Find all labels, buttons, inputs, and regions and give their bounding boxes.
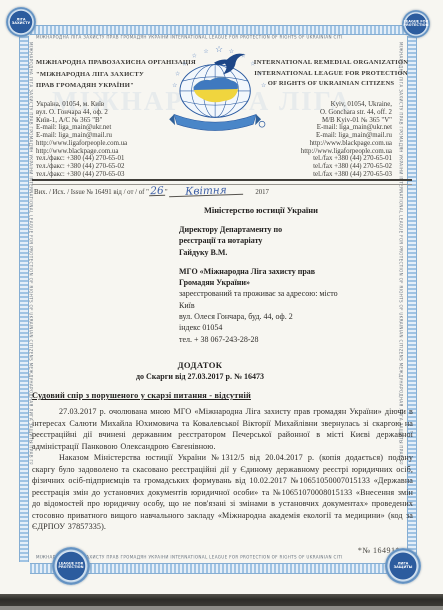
annex-subtitle: до Скарги від 27.03.2017 р. № 16473 [40,372,360,381]
recipient-ministry: Міністерство юстиції України [204,206,318,215]
reference-label: Вих. / Исх. / Issue № 16491 від / от / o… [34,189,149,196]
address-line: E-mail: liga_main@ukr.net [36,124,127,132]
addressee-line: реєстрації та нотаріату [179,235,415,246]
annex-title: ДОДАТОК [40,360,360,370]
address-line: http://www.blackpage.com.ua [36,148,127,156]
sender-org-line: Громадян України» [179,277,415,288]
address-line: http://www.ligaforpeople.com.ua [240,148,392,156]
sender-org-line: МГО «Міжнародна Ліга захисту прав [179,266,415,277]
seal-label: ЛИГА ЗАЩИТЫ [390,563,415,570]
sender-phone-line: тел. + 38 067-243-28-28 [179,334,415,345]
org-en-line: INTERNATIONAL LEAGUE FOR PROTECTION [250,69,412,80]
svg-text:☆: ☆ [229,48,234,55]
address-line: tel./fax +380 (44) 270-65-01 [240,155,392,163]
address-line: тел./факс: +380 (44) 270-65-01 [36,155,127,163]
sender-address-line: індекс 01054 [179,322,415,333]
org-name-english: INTERNATIONAL REMEDIAL ORGANIZATION INTE… [250,58,412,90]
address-line: тел./факс: +380 (44) 270-65-03 [36,171,127,179]
address-line: E-mail: liga_main@mail.ru [36,132,127,140]
address-line: tel./fax +380 (44) 270-65-03 [240,171,392,179]
seal-label: LEAGUE FOR PROTECTION [58,563,85,570]
address-line: E-mail: liga_main@mail.ru [240,132,392,140]
scanned-letter-photo: МІЖНАРОДНА ЛІГА ЗАХИСТУ ПРАВ ГРОМАДЯН УК… [0,0,443,610]
address-line: вул. О. Гончара 44, оф. 2 [36,109,127,117]
addressee-block: Директору Департаменту по реєстрації та … [179,224,415,345]
address-line: Київ-1, А/С № 365 "В" [36,117,127,125]
photo-edge-shadow [0,606,443,610]
org-en-line: INTERNATIONAL REMEDIAL ORGANIZATION [250,58,412,69]
outgoing-reference-line: Вих. / Исх. / Issue № 16491 від / от / o… [34,187,269,196]
addressee-line: Директору Департаменту по [179,224,415,235]
reference-year: 2017 [255,189,269,196]
corner-seal-icon: LEAGUE FOR PROTECTION [402,10,430,38]
microtext-top: МІЖНАРОДНА ЛІГА ЗАХИСТУ ПРАВ ГРОМАДЯН УК… [36,35,343,40]
spacer [179,258,415,266]
handwritten-month: Квітня [169,186,243,198]
seal-label: ЛІГА ЗАХИСТУ [11,19,32,26]
seal-label: LEAGUE FOR PROTECTION [403,21,428,28]
corner-seal-icon: LEAGUE FOR PROTECTION [52,547,90,585]
guilloche-band-top [30,25,415,35]
photo-edge-strip [0,594,443,606]
sender-address-line: Київ [179,300,415,311]
microtext-left: МІЖНАРОДНА ЛІГА ЗАХИСТУ ПРАВ ГРОМАДЯН УК… [28,42,33,464]
body-paragraph: 27.03.2017 р. очолювана мною МГО «Міжнар… [32,406,413,452]
svg-text:☆: ☆ [203,48,208,55]
svg-text:☆: ☆ [175,70,180,77]
address-line: O. Gonchara str. 44, off. 2 [240,109,392,117]
address-line: M/B Kyiv-01 № 365 "V" [240,117,392,125]
corner-seal-icon: ЛІГА ЗАХИСТУ [6,7,36,37]
body-paragraph: Наказом Міністерства юстиції України №13… [32,452,413,533]
svg-text:☆: ☆ [172,82,177,89]
letter-body: 27.03.2017 р. очолювана мною МГО «Міжнар… [32,406,413,533]
address-line: tel./fax +380 (44) 270-65-02 [240,163,392,171]
address-line: http://www.blackpage.com.ua [240,140,392,148]
org-en-line: OF RIGHTS OF UKRAINIAN CITIZENS [250,79,412,90]
address-line: Kyiv, 01054, Ukraine, [240,101,392,109]
address-block-ukrainian: Україна, 01054, м. Київ вул. О. Гончара … [36,101,127,179]
reference-label: " [165,189,168,196]
svg-text:☆: ☆ [192,53,197,60]
annex-heading: ДОДАТОК до Скарги від 27.03.2017 р. № 16… [40,360,360,381]
address-line: E-mail: liga_main@ukr.net [240,124,392,132]
address-line: тел./факс: +380 (44) 270-65-02 [36,163,127,171]
handwritten-day: 26 [149,187,165,197]
sender-address-line: зареєстрований та проживає за адресою: м… [179,288,415,299]
subject-line: Судовий спір з порушеного у скарзі питан… [32,391,251,400]
addressee-line: Гайдуку В.М. [179,247,415,258]
svg-text:☆: ☆ [182,61,187,68]
corner-seal-icon: ЛИГА ЗАЩИТЫ [385,548,421,584]
svg-text:☆: ☆ [215,46,223,55]
address-line: Україна, 01054, м. Київ [36,101,127,109]
address-line: http://www.ligaforpeople.com.ua [36,140,127,148]
sender-address-line: вул. Олеся Гончара, буд. 44, оф. 2 [179,311,415,322]
address-block-english: Kyiv, 01054, Ukraine, O. Gonchara str. 4… [240,101,392,179]
